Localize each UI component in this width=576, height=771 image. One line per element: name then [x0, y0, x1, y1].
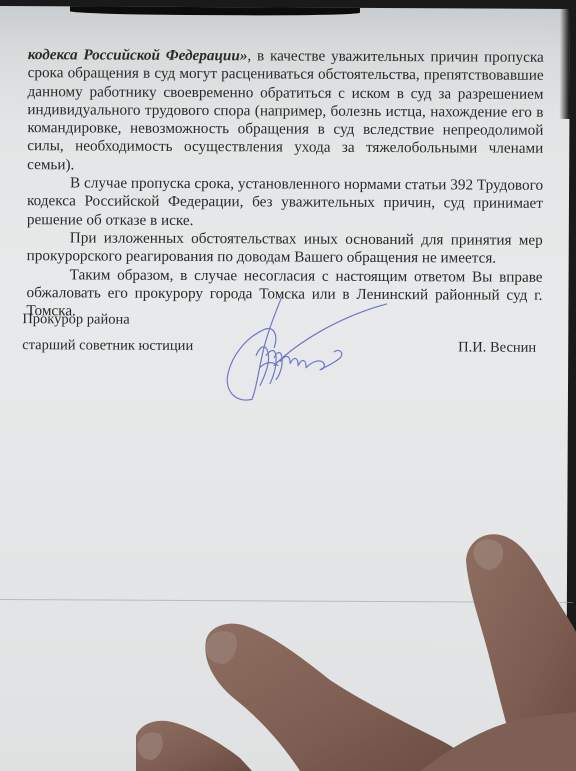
paragraph-lead: кодекса Российской Федерации» [28, 46, 248, 64]
paragraph-reasons: кодекса Российской Федерации», в качеств… [27, 46, 544, 177]
paragraph-text: , в качестве уважительных причин пропуск… [27, 47, 544, 173]
signer-name: П.И. Веснин [458, 339, 536, 356]
paper-fold-line [0, 599, 573, 603]
page-top-shadow [70, 6, 360, 16]
handwritten-signature [216, 295, 407, 406]
signer-position-line-2: старший советник юстиции [22, 337, 193, 355]
letter-body: кодекса Российской Федерации», в качеств… [26, 46, 543, 323]
paragraph-missed-deadline: В случае пропуска срока, установленного … [27, 174, 543, 232]
page-right-shadow [559, 9, 570, 119]
document-page: кодекса Российской Федерации», в качеств… [0, 6, 570, 771]
paragraph-no-grounds: При изложенных обстоятельствах иных осно… [27, 229, 543, 268]
signer-position-line-1: Прокурор района [22, 311, 129, 329]
